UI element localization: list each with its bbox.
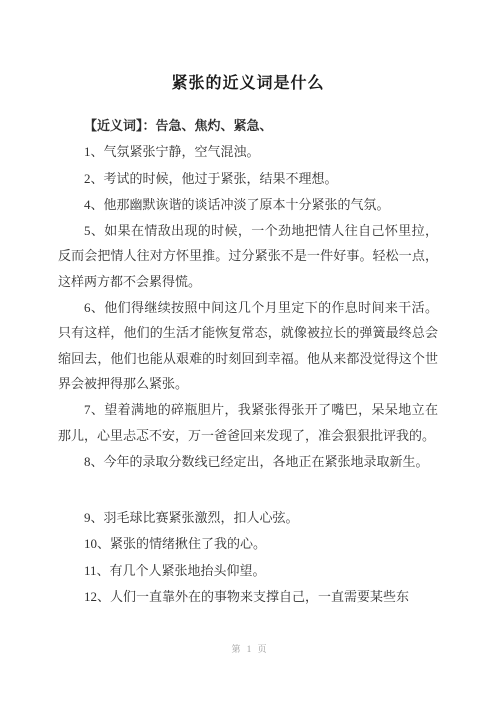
synonyms-line: 【近义词】：告急、焦灼、紧急、 (58, 113, 438, 138)
sentence-item-11: 11、有几个人紧张地抬头仰望。 (58, 558, 438, 583)
sentence-item-9: 9、羽毛球比赛紧张激烈，扣人心弦。 (58, 505, 438, 530)
sentence-item-12: 12、人们一直靠外在的事物来支撑自己，一直需要某些东 (58, 584, 438, 609)
sentence-item-1: 1、气氛紧张宁静，空气混浊。 (58, 139, 438, 164)
sentence-item-6: 6、他们得继续按照中间这几个月里定下的作息时间来干活。只有这样，他们的生活才能恢… (58, 295, 438, 396)
blank-line-spacer (58, 475, 438, 505)
sentence-item-5: 5、如果在情敌出现的时候，一个劲地把情人往自己怀里拉，反而会把情人往对方怀里推。… (58, 218, 438, 294)
sentence-item-4: 4、他那幽默诙谐的谈话冲淡了原本十分紧张的气氛。 (58, 192, 438, 217)
page-title: 紧张的近义词是什么 (58, 73, 438, 95)
document-body: 【近义词】：告急、焦灼、紧急、 1、气氛紧张宁静，空气混浊。 2、考试的时候，他… (58, 113, 438, 609)
sentence-item-8: 8、今年的录取分数线已经定出，各地正在紧张地录取新生。 (58, 449, 438, 474)
sentence-item-7: 7、望着满地的碎瓶胆片，我紧张得张开了嘴巴，呆呆地立在那儿，心里忐忑不安，万一爸… (58, 397, 438, 448)
document-page: 紧张的近义词是什么 【近义词】：告急、焦灼、紧急、 1、气氛紧张宁静，空气混浊。… (0, 0, 500, 708)
footer-page-number: 第 1 页 (0, 642, 500, 655)
sentence-item-2: 2、考试的时候，他过于紧张，结果不理想。 (58, 166, 438, 191)
sentence-item-10: 10、紧张的情绪揪住了我的心。 (58, 531, 438, 556)
